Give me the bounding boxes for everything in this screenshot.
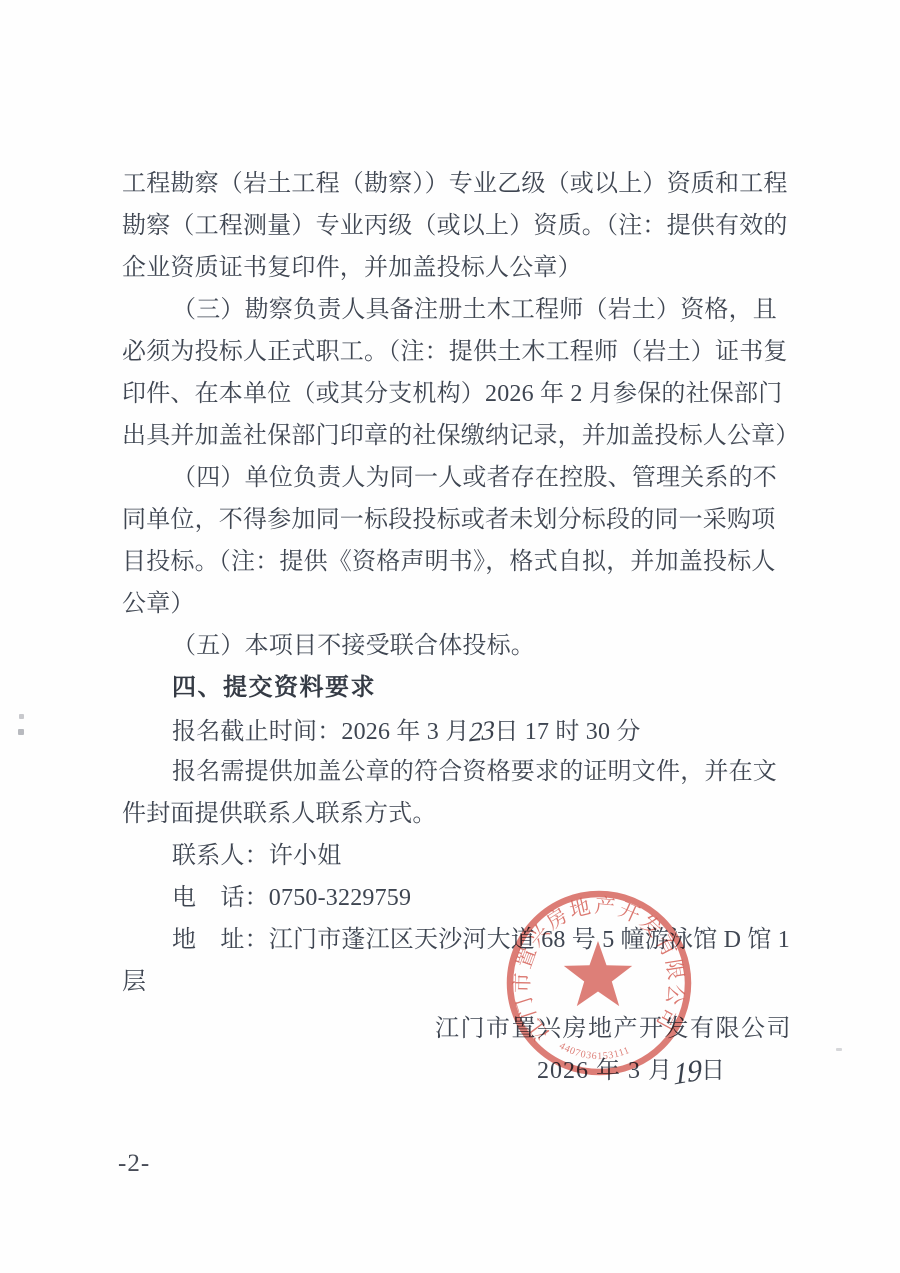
contact-address-line: 地 址：江门市蓬江区天沙河大道 68 号 5 幢游泳馆 D 馆 1 <box>122 919 798 961</box>
deadline-line: 报名截止时间：2026 年 3 月23日 17 时 30 分 <box>122 709 798 751</box>
submission-note-line: 件封面提供联系人联系方式。 <box>122 793 798 835</box>
svg-text:4407036153111: 4407036153111 <box>557 1041 631 1062</box>
clause-4-line: 同单位，不得参加同一标段投标或者未划分标段的同一采购项 <box>122 499 798 541</box>
page-number: -2- <box>118 1150 150 1178</box>
clause-3-line: 出具并加盖社保部门印章的社保缴纳记录，并加盖投标人公章） <box>122 415 798 457</box>
contact-address-line-2: 层 <box>122 961 798 1003</box>
contact-phone-line: 电 话：0750-3229759 <box>122 877 798 919</box>
scan-artifact <box>18 729 24 735</box>
clause-3-line: 印件、在本单位（或其分支机构）2026 年 2 月参保的社保部门 <box>122 373 798 415</box>
section-4-heading: 四、提交资料要求 <box>122 667 798 709</box>
deadline-prefix: 报名截止时间：2026 年 3 月 <box>172 719 469 745</box>
scan-artifact <box>836 1048 842 1051</box>
document-body: 工程勘察（岩土工程（勘察））专业乙级（或以上）资质和工程 勘察（工程测量）专业丙… <box>122 163 798 1003</box>
clause-3-line: （三）勘察负责人具备注册土木工程师（岩土）资格，且 <box>122 289 798 331</box>
scan-artifact <box>19 714 24 719</box>
qualification-paragraph-line: 企业资质证书复印件，并加盖投标人公章） <box>122 247 798 289</box>
seal-code: 4407036153111 <box>557 1041 631 1062</box>
clause-4-line: （四）单位负责人为同一人或者存在控股、管理关系的不 <box>122 457 798 499</box>
official-seal: 江门市置兴房地产开发有限公司 4407036153111 <box>503 887 695 1079</box>
clause-4-line: 公章） <box>122 583 798 625</box>
clause-5-line: （五）本项目不接受联合体投标。 <box>122 625 798 667</box>
deadline-day-handwritten: 23 <box>469 709 494 754</box>
deadline-suffix: 日 17 时 30 分 <box>494 719 640 745</box>
submission-note-line: 报名需提供加盖公章的符合资格要求的证明文件，并在文 <box>122 751 798 793</box>
seal-star-icon <box>564 941 632 1006</box>
clause-4-line: 目投标。（注：提供《资格声明书》，格式自拟，并加盖投标人 <box>122 541 798 583</box>
contact-person-line: 联系人：许小姐 <box>122 835 798 877</box>
clause-3-line: 必须为投标人正式职工。（注：提供土木工程师（岩土）证书复 <box>122 331 798 373</box>
scanned-page: 工程勘察（岩土工程（勘察））专业乙级（或以上）资质和工程 勘察（工程测量）专业丙… <box>0 0 900 1273</box>
qualification-paragraph-line: 勘察（工程测量）专业丙级（或以上）资质。（注：提供有效的 <box>122 205 798 247</box>
qualification-paragraph-line: 工程勘察（岩土工程（勘察））专业乙级（或以上）资质和工程 <box>122 163 798 205</box>
signature-date-suffix: 日 <box>701 1058 726 1084</box>
